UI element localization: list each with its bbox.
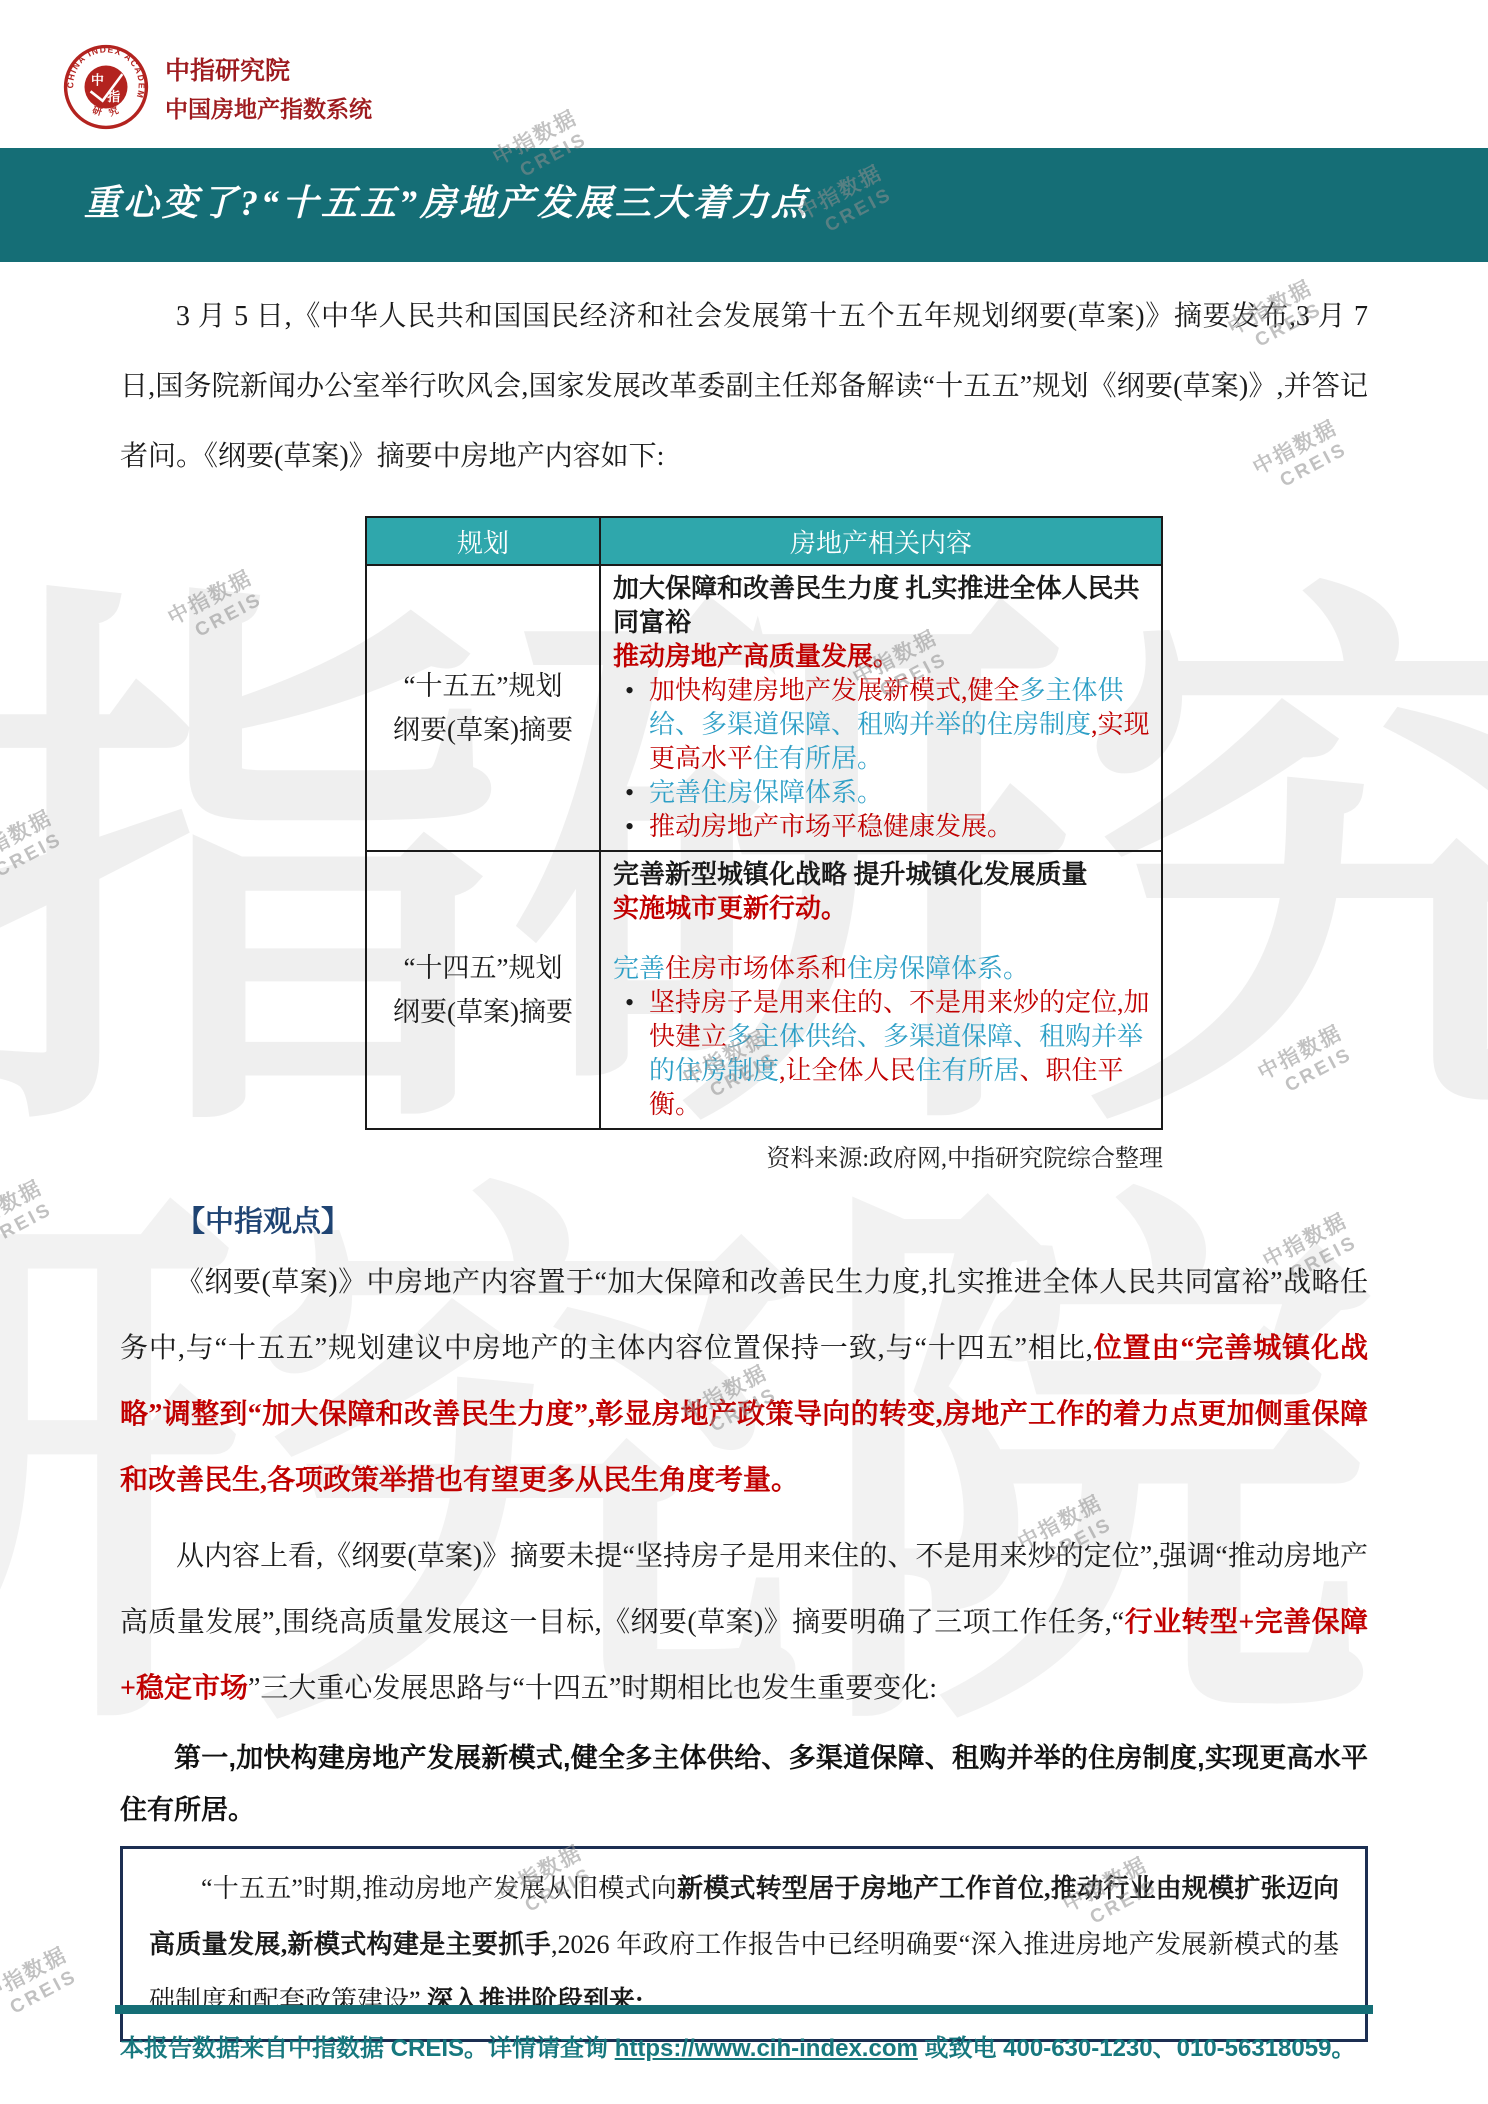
logo-row: CHINA INDEX ACADEMY 研 究 院 中 指 中指研究院 中国房地… — [63, 44, 372, 130]
table-line: 推动房地产市场平稳健康发展。 — [613, 810, 1151, 844]
brand-name: 中指研究院 — [165, 51, 372, 87]
table-line: 加大保障和改善民生力度 扎实推进全体人民共同富裕 — [613, 572, 1151, 640]
key-point-paragraph: 第一,加快构建房地产发展新模式,健全多主体供给、多渠道保障、租购并举的住房制度,… — [120, 1732, 1368, 1836]
text-segment: 加快构建房地产发展新模式,健全 — [649, 676, 1020, 705]
main-content: 3 月 5 日,《中华人民共和国国民经济和社会发展第十五个五年规划纲要(草案)》… — [120, 262, 1368, 2042]
policy-table-wrap: 规划 房地产相关内容 “十五五”规划 纲要(草案)摘要 加大保障和改善民生力度 … — [365, 516, 1163, 1173]
creis-watermark: 中指数据CREIS — [0, 806, 68, 892]
text-segment: ”三大重心发展思路与“十四五”时期相比也发生重要变化: — [248, 1673, 937, 1704]
page-title: 重心变了?“十五五”房地产发展三大着力点 — [0, 148, 1488, 258]
source-note: 资料来源:政府网,中指研究院综合整理 — [365, 1138, 1163, 1173]
footer-note: 本报告数据来自中指数据 CREIS。详情请查询 https://www.cih-… — [120, 2028, 1355, 2063]
box-paragraph: “十五五”时期,推动房地产发展从旧模式向新模式转型居于房地产工作首位,推动行业由… — [149, 1861, 1339, 2029]
table-line — [613, 926, 1151, 952]
intro-paragraph: 3 月 5 日,《中华人民共和国国民经济和社会发展第十五个五年规划纲要(草案)》… — [120, 282, 1368, 492]
text-segment: 推动房地产高质量发展。 — [613, 642, 899, 671]
creis-watermark: 中指数据CREIS — [0, 1943, 83, 2029]
svg-text:中: 中 — [91, 72, 104, 87]
opinion-paragraph-2: 从内容上看,《纲要(草案)》摘要未提“坚持房子是用来住的、不是用来炒的定位”,强… — [120, 1524, 1368, 1722]
table-line: 坚持房子是用来住的、不是用来炒的定位,加快建立多主体供给、多渠道保障、租购并举的… — [613, 986, 1151, 1122]
table-line: 推动房地产高质量发展。 — [613, 640, 1151, 674]
footer-divider — [115, 2005, 1373, 2014]
table-header-plan: 规划 — [366, 517, 600, 565]
table-header-row: 规划 房地产相关内容 — [366, 517, 1162, 565]
brand-subtitle: 中国房地产指数系统 — [165, 91, 372, 124]
text-segment: 住有所居 — [916, 1056, 1020, 1085]
opinion-paragraph-1: 《纲要(草案)》中房地产内容置于“加大保障和改善民生力度,扎实推进全体人民共同富… — [120, 1250, 1368, 1514]
text-segment: 加大保障和改善民生力度 扎实推进全体人民共同富裕 — [613, 574, 1140, 637]
content-cell: 完善新型城镇化战略 提升城镇化发展质量实施城市更新行动。完善住房市场体系和住房保… — [600, 851, 1162, 1129]
text-segment: ,让全体人民 — [779, 1056, 916, 1085]
plan-cell: “十五五”规划 纲要(草案)摘要 — [366, 565, 600, 851]
opinion-heading: 【中指观点】 — [176, 1199, 1368, 1240]
policy-table: 规划 房地产相关内容 “十五五”规划 纲要(草案)摘要 加大保障和改善民生力度 … — [365, 516, 1163, 1130]
table-header-content: 房地产相关内容 — [600, 517, 1162, 565]
footer-text-suffix: 或致电 400-630-1230、010-56318059。 — [918, 2035, 1356, 2062]
plan-cell: “十四五”规划 纲要(草案)摘要 — [366, 851, 600, 1129]
table-line: 完善新型城镇化战略 提升城镇化发展质量 — [613, 858, 1151, 892]
text-segment: 完善 — [613, 954, 665, 983]
table-row: “十五五”规划 纲要(草案)摘要 加大保障和改善民生力度 扎实推进全体人民共同富… — [366, 565, 1162, 851]
text-segment: 住有所居。 — [753, 744, 883, 773]
text-segment: 完善新型城镇化战略 提升城镇化发展质量 — [613, 860, 1088, 889]
table-row: “十四五”规划 纲要(草案)摘要 完善新型城镇化战略 提升城镇化发展质量实施城市… — [366, 851, 1162, 1129]
footer-url[interactable]: https://www.cih-index.com — [615, 2035, 918, 2062]
page: { "colors": { "band_teal": "#156E76", "t… — [0, 0, 1488, 2104]
cia-seal-logo: CHINA INDEX ACADEMY 研 究 院 中 指 — [63, 44, 149, 130]
table-line: 完善住房市场体系和住房保障体系。 — [613, 952, 1151, 986]
brand-block: 中指研究院 中国房地产指数系统 — [165, 51, 372, 124]
text-segment: 住房市场体系和 — [665, 954, 847, 983]
text-segment: “十五五”时期,推动房地产发展从旧模式向 — [201, 1874, 677, 1903]
footer-text-prefix: 本报告数据来自中指数据 CREIS。详情请查询 — [120, 2035, 615, 2062]
title-band: 重心变了?“十五五”房地产发展三大着力点 — [0, 148, 1488, 262]
text-segment: 实施城市更新行动。 — [613, 894, 847, 923]
text-segment: 住房保障体系。 — [847, 954, 1029, 983]
table-line: 加快构建房地产发展新模式,健全多主体供给、多渠道保障、租购并举的住房制度,实现更… — [613, 674, 1151, 776]
text-segment: 完善住房保障体系。 — [649, 778, 883, 807]
content-cell: 加大保障和改善民生力度 扎实推进全体人民共同富裕推动房地产高质量发展。加快构建房… — [600, 565, 1162, 851]
table-line: 实施城市更新行动。 — [613, 892, 1151, 926]
table-line: 完善住房保障体系。 — [613, 776, 1151, 810]
creis-watermark: 中指数据CREIS — [0, 1176, 58, 1262]
text-segment: 推动房地产市场平稳健康发展。 — [649, 812, 1013, 841]
